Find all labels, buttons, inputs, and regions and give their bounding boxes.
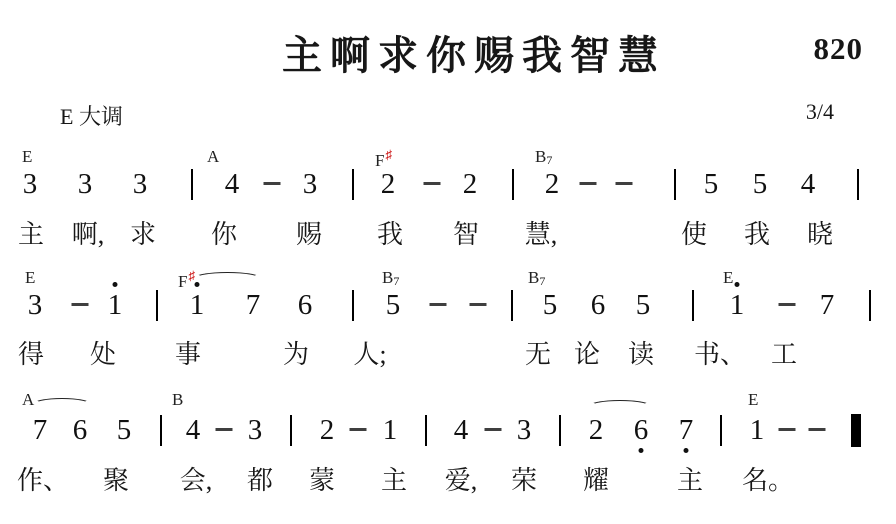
note-number: 3 xyxy=(303,168,318,200)
lyric-syllable: 书、 xyxy=(694,334,746,371)
note-number: 2 xyxy=(463,168,478,200)
duration-dash xyxy=(264,182,281,185)
lyric-syllable: 得 xyxy=(18,334,44,371)
note-number: 6 xyxy=(73,414,88,446)
chord-label: A xyxy=(207,147,219,167)
barline xyxy=(857,169,859,200)
duration-dash xyxy=(72,303,89,306)
note-number: 3 xyxy=(248,414,263,446)
lyric-syllable: 智 xyxy=(453,214,479,251)
sharp-icon: ♯ xyxy=(385,147,392,162)
chord-label: E xyxy=(22,147,32,167)
barline xyxy=(512,169,514,200)
lyric-syllable: 耀 xyxy=(583,460,609,497)
note-number: 7 xyxy=(820,289,835,321)
lyric-syllable: 无 xyxy=(525,334,551,371)
chord-label: B7 xyxy=(382,268,399,289)
duration-dash xyxy=(216,428,233,431)
barline xyxy=(425,415,427,446)
barline xyxy=(869,290,871,321)
chord-label: E xyxy=(25,268,35,288)
barline xyxy=(352,290,354,321)
note-number: 3 xyxy=(517,414,532,446)
duration-dash xyxy=(580,182,597,185)
lyric-syllable: 赐 xyxy=(296,214,322,251)
barline xyxy=(559,415,561,446)
lyric-syllable: 主 xyxy=(677,460,703,497)
lyric-syllable: 都 xyxy=(247,460,273,497)
note-number: 2 xyxy=(381,168,396,200)
note-number: 7 xyxy=(679,414,694,446)
note-number: 3 xyxy=(78,168,93,200)
note-number: 3 xyxy=(28,289,43,321)
lyric-syllable: 荣 xyxy=(511,460,537,497)
barline xyxy=(352,169,354,200)
note-number: 2 xyxy=(589,414,604,446)
barline xyxy=(156,290,158,321)
octave-dot-high xyxy=(735,282,740,287)
lyric-syllable: 慧, xyxy=(525,214,558,251)
note-number: 1 xyxy=(383,414,398,446)
note-number: 5 xyxy=(636,289,651,321)
slur-arc xyxy=(32,398,92,411)
lyric-syllable: 晓 xyxy=(807,214,833,251)
duration-dash xyxy=(350,428,367,431)
note-number: 2 xyxy=(545,168,560,200)
note-number: 5 xyxy=(753,168,768,200)
note-number: 6 xyxy=(591,289,606,321)
chord-label: E xyxy=(748,390,758,410)
lyric-syllable: 作、 xyxy=(17,460,69,497)
lyric-syllable: 处 xyxy=(90,334,116,371)
octave-dot-low xyxy=(639,448,644,453)
duration-dash xyxy=(809,428,826,431)
note-number: 7 xyxy=(33,414,48,446)
note-number: 7 xyxy=(246,289,261,321)
barline xyxy=(692,290,694,321)
chord-label: B7 xyxy=(535,147,552,168)
lyric-syllable: 啊, xyxy=(72,214,105,251)
lyric-syllable: 爱, xyxy=(445,460,478,497)
barline xyxy=(160,415,162,446)
chord-label: A xyxy=(22,390,34,410)
final-barline xyxy=(851,414,861,447)
note-number: 4 xyxy=(225,168,240,200)
barline xyxy=(290,415,292,446)
barline xyxy=(191,169,193,200)
note-number: 3 xyxy=(23,168,38,200)
duration-dash xyxy=(779,303,796,306)
note-number: 4 xyxy=(186,414,201,446)
note-number: 4 xyxy=(801,168,816,200)
score: EAF♯B733343222554主啊,求你赐我智慧,使我晓EF♯B7B7E31… xyxy=(0,0,896,524)
note-number: 5 xyxy=(117,414,132,446)
note-number: 4 xyxy=(454,414,469,446)
lyric-syllable: 聚 xyxy=(103,460,129,497)
lyric-syllable: 求 xyxy=(130,214,156,251)
duration-dash xyxy=(470,303,487,306)
lyric-syllable: 工 xyxy=(771,334,797,371)
note-number: 3 xyxy=(133,168,148,200)
octave-dot-low xyxy=(684,448,689,453)
octave-dot-high xyxy=(113,282,118,287)
note-number: 1 xyxy=(108,289,123,321)
duration-dash xyxy=(485,428,502,431)
duration-dash xyxy=(430,303,447,306)
lyric-syllable: 蒙 xyxy=(309,460,335,497)
lyric-syllable: 我 xyxy=(377,214,403,251)
chord-label: E xyxy=(723,268,733,288)
octave-dot-high xyxy=(195,282,200,287)
barline xyxy=(511,290,513,321)
note-number: 2 xyxy=(320,414,335,446)
sheet-music-page: 主啊求你赐我智慧 820 E 大调 3/4 EAF♯B733343222554主… xyxy=(0,0,896,524)
duration-dash xyxy=(424,182,441,185)
note-number: 1 xyxy=(750,414,765,446)
lyric-syllable: 读 xyxy=(628,334,654,371)
lyric-syllable: 名。 xyxy=(742,460,794,497)
barline xyxy=(674,169,676,200)
note-number: 6 xyxy=(634,414,649,446)
duration-dash xyxy=(616,182,633,185)
note-number: 5 xyxy=(543,289,558,321)
lyric-syllable: 主 xyxy=(381,460,407,497)
duration-dash xyxy=(779,428,796,431)
note-number: 5 xyxy=(704,168,719,200)
note-number: 5 xyxy=(386,289,401,321)
lyric-syllable: 你 xyxy=(211,214,237,251)
lyric-syllable: 使 xyxy=(681,214,707,251)
chord-label: B xyxy=(172,390,183,410)
lyric-syllable: 我 xyxy=(744,214,770,251)
note-number: 1 xyxy=(730,289,745,321)
note-number: 6 xyxy=(298,289,313,321)
lyric-syllable: 人; xyxy=(353,334,386,371)
barline xyxy=(720,415,722,446)
chord-label: B7 xyxy=(528,268,545,289)
lyric-syllable: 论 xyxy=(574,334,600,371)
lyric-syllable: 会, xyxy=(180,460,213,497)
lyric-syllable: 事 xyxy=(175,334,201,371)
slur-arc xyxy=(588,400,652,413)
slur-arc xyxy=(193,272,262,285)
lyric-syllable: 为 xyxy=(283,334,309,371)
note-number: 1 xyxy=(190,289,205,321)
lyric-syllable: 主 xyxy=(18,214,44,251)
